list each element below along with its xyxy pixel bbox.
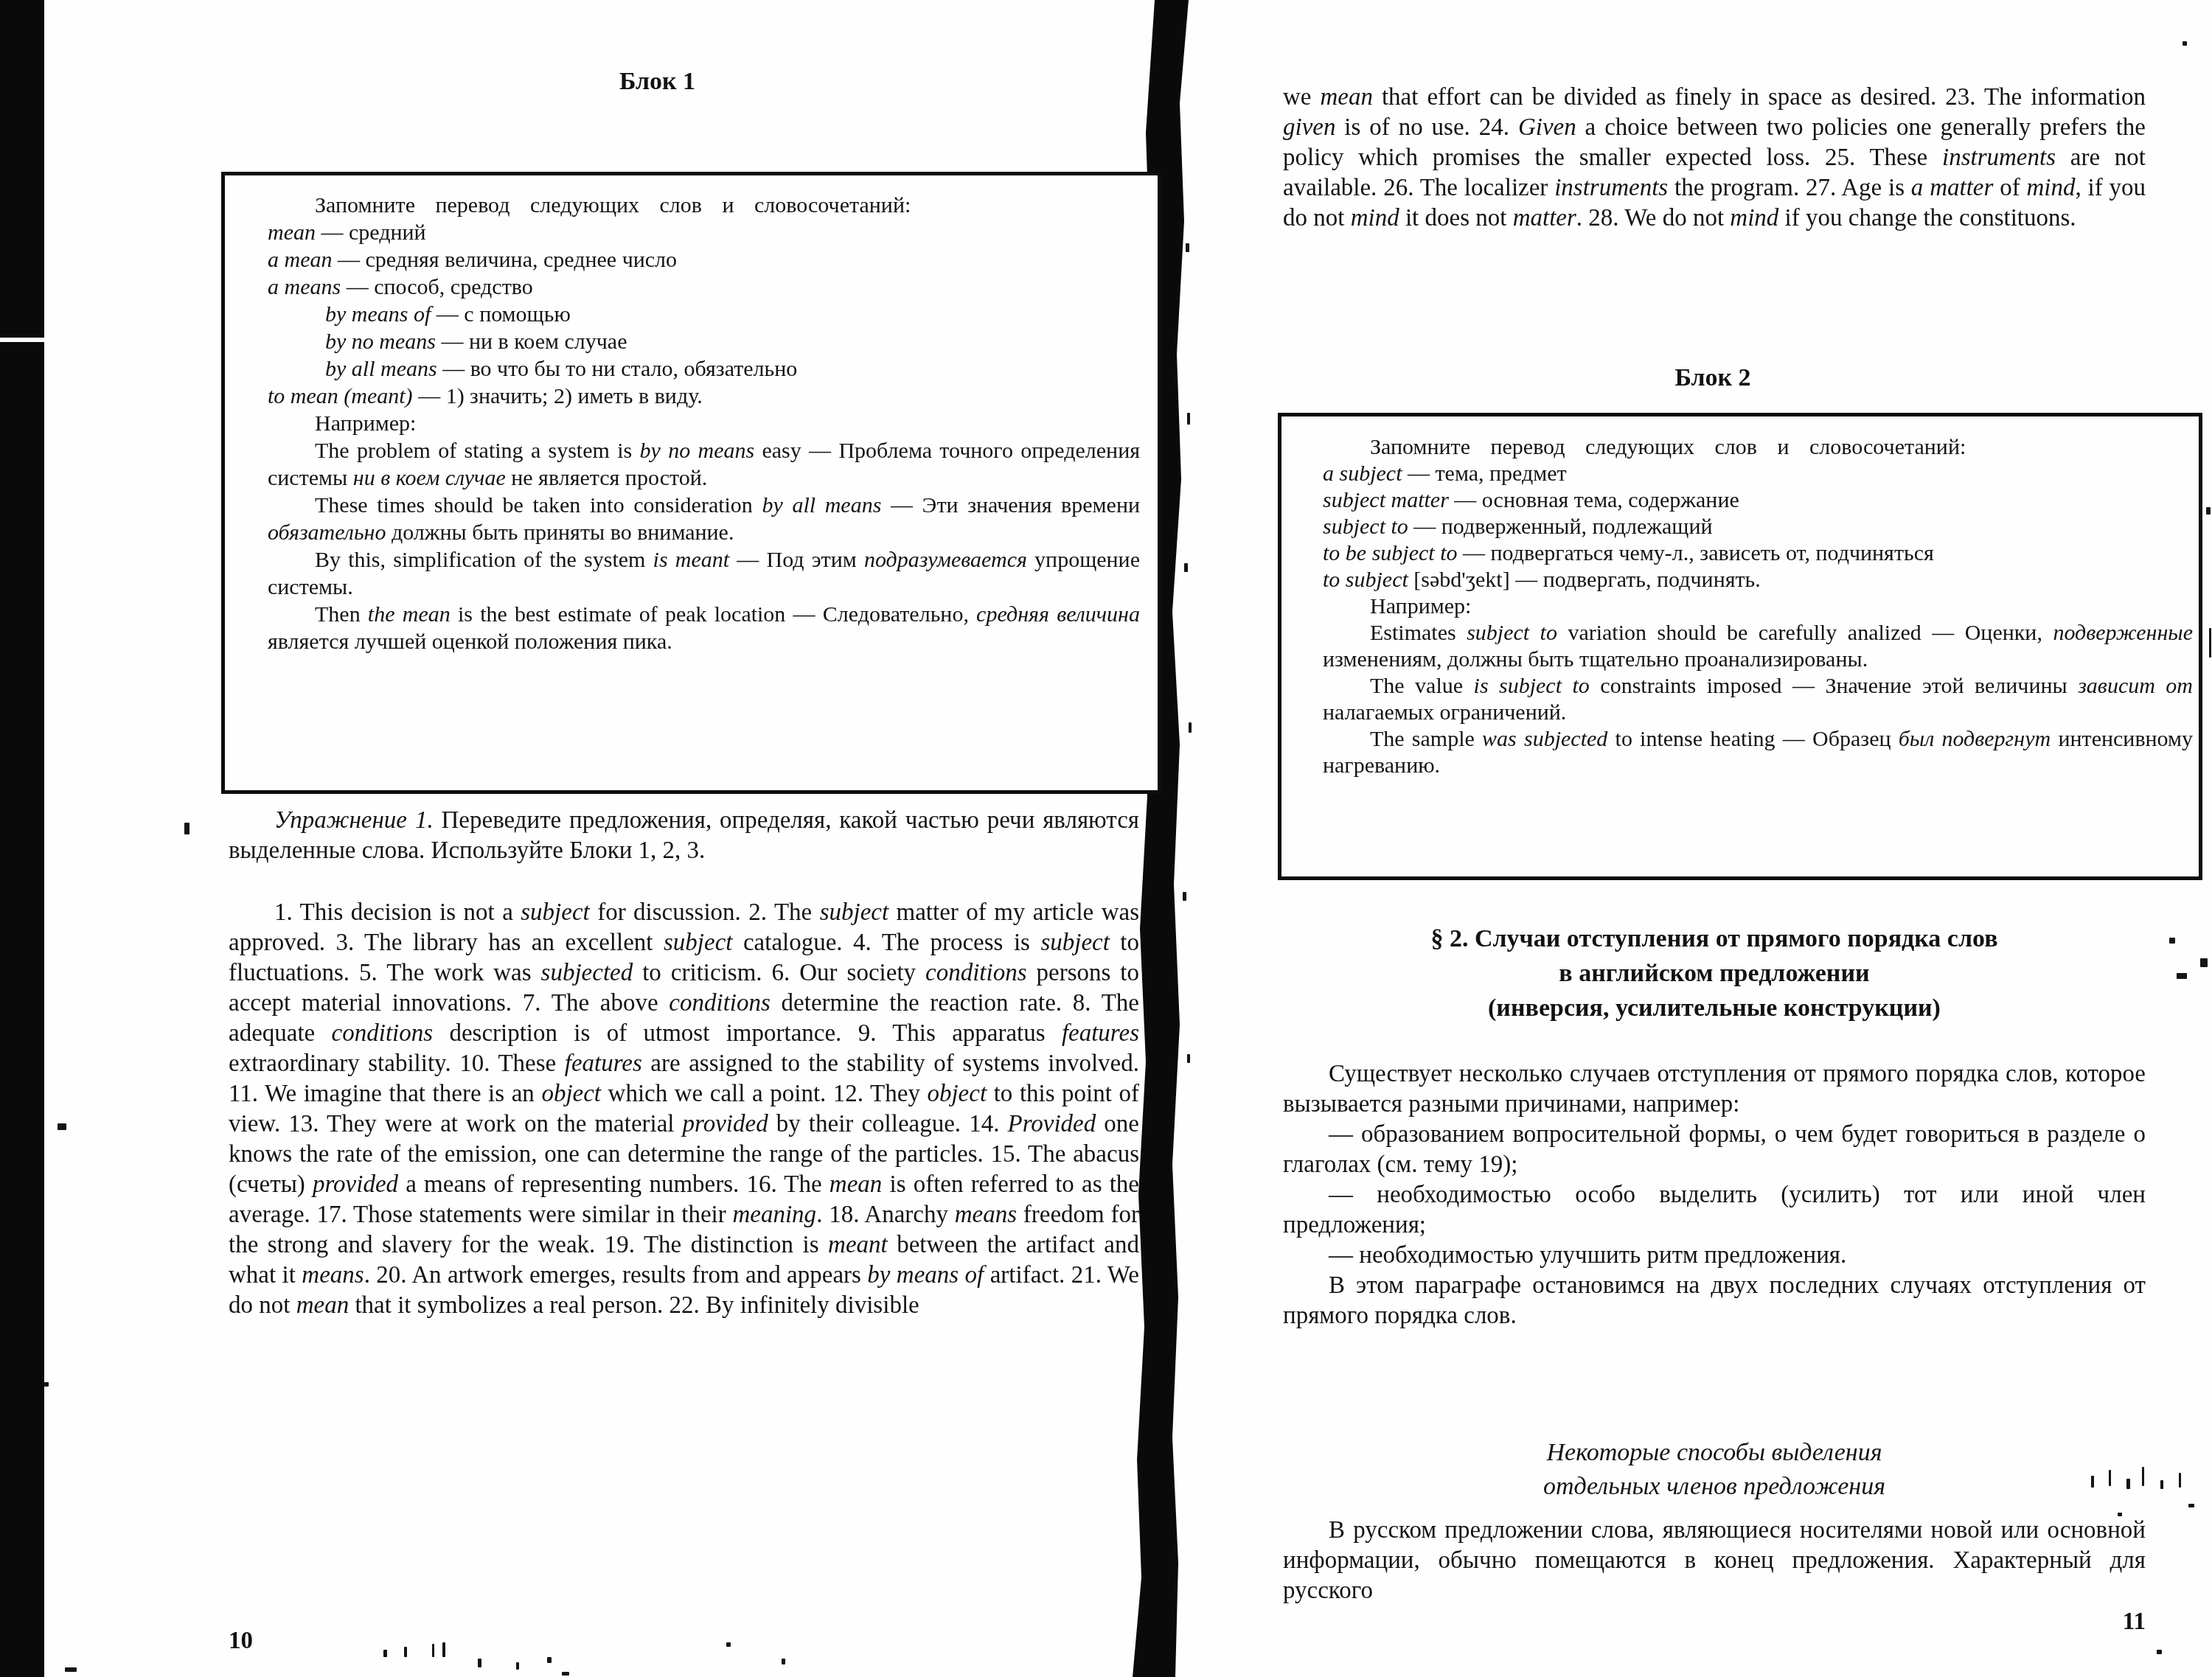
block1-intro: Запомните перевод следующих слов и слово… [268,192,1140,219]
ink-speck [58,1123,66,1130]
text-line: a means — способ, средство [268,273,1140,301]
text-line: to be subject to — подвергаться чему-л.,… [1323,540,2193,567]
text-line: by no means — ни в коем случае [268,328,1140,355]
ink-speck [1186,243,1189,252]
block1-vocabulary-box: Запомните перевод следующих слов и слово… [221,172,1161,794]
ink-speck [1187,413,1190,425]
page-number-right: 11 [1283,1608,2146,1636]
ink-speck [1184,563,1188,572]
text-line: отдельных членов предложения [1283,1470,2146,1504]
text-line: subject to — подверженный, подлежащий [1323,514,2193,540]
ink-speck [782,1659,785,1664]
ink-speck [2188,1504,2194,1507]
block1-vocab-list: mean — среднийa mean — средняя величина,… [268,219,1140,410]
text-line: by means of — с помощью [268,301,1140,328]
text-line: Существует несколько случаев отступления… [1283,1059,2146,1120]
exercise1-sentences-continued: we mean that effort can be divided as fi… [1283,83,2146,234]
text-line: a mean — средняя величина, среднее число [268,246,1140,273]
ink-speck [2157,1650,2162,1654]
text-line: — необходимостью улучшить ритм предложен… [1283,1241,2146,1271]
exercise1-instruction: Упражнение 1. Переведите предложения, оп… [229,806,1139,866]
block2-vocabulary-box: Запомните перевод следующих слов и слово… [1278,413,2202,880]
ink-speck [383,1650,387,1657]
text-line: в английском предложении [1283,956,2146,991]
ink-speck [1183,892,1186,901]
scanned-book-spread: Блок 1 Запомните перевод следующих слов … [0,0,2212,1677]
ink-speck [2169,938,2175,944]
block1-example-list: The problem of stating a system is by no… [268,437,1140,655]
text-line: to mean (meant) — 1) значить; 2) иметь в… [268,383,1140,410]
text-line: The value is subject to constraints impo… [1323,673,2193,726]
exercise1-sentences: 1. This decision is not a subject for di… [229,898,1139,1321]
page-number-left: 10 [229,1628,253,1655]
ink-speck [2179,1473,2181,1488]
section2-subheading: Некоторые способы выделенияотдельных чле… [1283,1436,2146,1504]
section2-heading: § 2. Случаи отступления от прямого поряд… [1283,921,2146,1025]
block2-heading: Блок 2 [1278,364,2148,392]
ink-speck [2200,958,2208,967]
text-line: The sample was subjected to intense heat… [1323,726,2193,779]
text-line: Estimates subject to variation should be… [1323,620,2193,673]
ink-speck [65,1667,77,1672]
ink-speck [432,1644,434,1657]
text-line: § 2. Случаи отступления от прямого поряд… [1283,921,2146,956]
section2-body: Существует несколько случаев отступления… [1283,1059,2146,1331]
text-line: by all means — во что бы то ни стало, об… [268,355,1140,383]
text-line: These times should be taken into conside… [268,492,1140,546]
ink-speck [1189,722,1192,733]
text-line: subject matter — основная тема, содержан… [1323,487,2193,514]
ink-speck [442,1642,445,1657]
ink-speck [1187,1054,1190,1063]
text-line: — образованием вопросительной формы, о ч… [1283,1120,2146,1180]
ink-speck [726,1642,731,1647]
block1-example-label: Например: [268,410,1140,437]
text-line: a subject — тема, предмет [1323,461,2193,487]
block2-vocab-list: a subject — тема, предметsubject matter … [1323,461,2193,593]
text-line: — необходимостью особо выделить (усилить… [1283,1180,2146,1241]
ink-speck [478,1659,481,1667]
block2-example-list: Estimates subject to variation should be… [1323,620,2193,779]
text-line: Then the mean is the best estimate of pe… [268,601,1140,655]
ink-speck [2183,41,2187,46]
ink-speck [184,823,189,834]
text-line: By this, simplification of the system is… [268,546,1140,601]
text-line: The problem of stating a system is by no… [268,437,1140,492]
block2-intro: Запомните перевод следующих слов и слово… [1323,434,2193,461]
ink-speck [2209,628,2211,658]
ink-speck [404,1647,407,1657]
text-line: В этом параграфе остановимся на двух пос… [1283,1271,2146,1331]
ink-speck [44,1382,49,1387]
text-line: to subject [səbd'ʒekt] — подвергать, под… [1323,567,2193,593]
text-line: mean — средний [268,219,1140,246]
ink-speck [562,1672,569,1676]
block2-example-label: Например: [1323,593,2193,620]
block1-heading: Блок 1 [221,68,1093,96]
section2-final-paragraph: В русском предложении слова, являющиеся … [1283,1516,2146,1606]
ink-speck [2206,507,2211,515]
ink-speck [547,1657,552,1663]
text-line: (инверсия, усилительные конструкции) [1283,991,2146,1025]
ink-speck [516,1662,519,1670]
text-line: Некоторые способы выделения [1283,1436,2146,1470]
ink-speck [2177,973,2187,979]
ink-speck [2160,1480,2163,1489]
